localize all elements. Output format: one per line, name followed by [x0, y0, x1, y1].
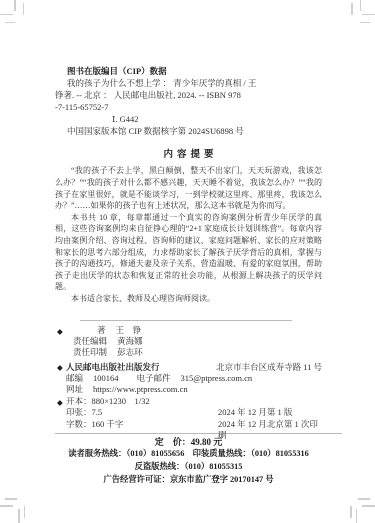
- crop-mark-line: [18, 509, 20, 523]
- crop-mark-line: [360, 22, 370, 24]
- website-row: 网址https://www.ptpress.com.cn: [66, 384, 322, 395]
- summary-paragraph: “我的孩子不去上学，黑白颠倒，整天不出家门，天天玩游戏，我该怎么办？”“我的孩子…: [55, 165, 322, 211]
- diamond-bullet-icon: ◆: [57, 397, 63, 408]
- printing-value: 2024 年 12 月北京第 1 次印刷: [218, 419, 322, 441]
- crop-mark-line: [362, 505, 375, 507]
- postcode-email-row: 邮编100164电子邮件315@ptpress.com.cn: [66, 373, 322, 384]
- summary-paragraph: 本书共 10 章，每章都通过一个真实的咨询案例分析青少年厌学的真相，这些咨询案例…: [55, 212, 322, 293]
- crop-mark-line: [5, 22, 15, 24]
- book-copyright-page: 图书在版编目（CIP）数据 我的孩子为什么不想上学 ： 青少年厌学的真相 / 王…: [0, 0, 375, 523]
- print-specs: ◆ 开本：880×1230 1/32 印张：7.5 2024 年 12 月第 1…: [55, 396, 322, 430]
- summary-paragraph: 本书适合家长、教师及心理咨询师阅读。: [55, 293, 322, 305]
- edition-value: 2024 年 12 月第 1 版: [218, 407, 292, 418]
- print-supervisor-name: 彭志环: [117, 347, 143, 357]
- diamond-bullet-icon: ◆: [57, 362, 63, 373]
- crop-mark-line: [358, 498, 370, 500]
- cip-record-number-line: 中国国家版本馆 CIP 数据核字第 2024SU6898 号: [67, 126, 322, 138]
- website-label: 网址: [66, 384, 83, 394]
- crop-mark-line: [350, 506, 352, 518]
- crop-mark-line: [5, 498, 17, 500]
- crop-mark-line: [0, 14, 13, 16]
- postcode-label: 邮编: [66, 373, 83, 383]
- crop-mark-line: [360, 0, 362, 11]
- colophon-credits: ◆ 著 王 铮 责任编辑 黄海娜 责任印制 彭志环 ◆ 人民邮电出版社出版发行 …: [55, 325, 322, 395]
- editor-row: 责任编辑 黄海娜: [55, 336, 322, 347]
- format-row: ◆ 开本：880×1230 1/32: [55, 396, 322, 407]
- email-label: 电子邮件: [137, 373, 171, 383]
- print-supervisor-label: 责任印制: [73, 347, 107, 357]
- author-name: 王 铮: [116, 325, 142, 335]
- crop-mark-line: [23, 3, 25, 15]
- author-row: ◆ 著 王 铮: [55, 325, 322, 336]
- editor-name: 黄海娜: [117, 336, 143, 346]
- author-label: 著: [97, 325, 106, 335]
- reader-service-hotline-line: 读者服务热线：（010）81055656 印装质量热线：（010）8105531…: [55, 448, 322, 459]
- format-value: 开本：880×1230 1/32: [66, 396, 150, 406]
- wordcount-printing-row: 字数：160 千字 2024 年 12 月北京第 1 次印刷: [55, 419, 322, 430]
- cip-heading: 图书在版编目（CIP）数据: [67, 66, 322, 78]
- sheets-value: 印张：7.5: [66, 407, 102, 417]
- crop-mark-line: [0, 505, 13, 507]
- page-content: 图书在版编目（CIP）数据 我的孩子为什么不想上学 ： 青少年厌学的真相 / 王…: [55, 66, 322, 485]
- diamond-bullet-icon: ◆: [57, 326, 63, 337]
- content-summary-heading: 内容提要: [55, 146, 322, 160]
- cip-title-line: 我的孩子为什么不想上学 ： 青少年厌学的真相 / 王: [67, 78, 322, 90]
- antipiracy-hotline-line: 反盗版热线：（010）81055315: [55, 461, 322, 472]
- print-supervisor-row: 责任印制 彭志环: [55, 347, 322, 358]
- crop-mark-line: [14, 0, 16, 11]
- cip-isbn-line: -7-115-65752-7: [55, 102, 322, 114]
- crop-mark-line: [351, 3, 353, 15]
- ad-license-line: 广告经营许可证：京东市监广登字 20170147 号: [55, 474, 322, 485]
- editor-label: 责任编辑: [73, 336, 107, 346]
- website-value: https://www.ptpress.com.cn: [93, 384, 188, 394]
- crop-mark-line: [356, 509, 358, 523]
- sheets-edition-row: 印张：7.5 2024 年 12 月第 1 版: [55, 407, 322, 418]
- publisher-address: 北京市丰台区成寿寺路 11 号: [216, 362, 322, 373]
- email-value: 315@ptpress.com.cn: [181, 373, 253, 383]
- crop-mark-line: [362, 14, 375, 16]
- publisher-name-wrap: ◆ 人民邮电出版社出版发行: [55, 362, 160, 373]
- cip-block: 图书在版编目（CIP）数据 我的孩子为什么不想上学 ： 青少年厌学的真相 / 王…: [55, 66, 322, 137]
- cip-classification-line: Ⅰ. G442: [112, 114, 322, 126]
- crop-mark-line: [24, 506, 26, 518]
- publisher-name: 人民邮电出版社出版发行: [66, 362, 160, 372]
- cip-publisher-line: 铮著. -- 北京 ： 人民邮电出版社, 2024. -- ISBN 978: [55, 90, 322, 102]
- postcode-value: 100164: [93, 373, 119, 383]
- wordcount-value: 字数：160 千字: [66, 419, 123, 429]
- section-divider: [80, 320, 292, 322]
- publisher-row: ◆ 人民邮电出版社出版发行 北京市丰台区成寿寺路 11 号: [55, 362, 322, 373]
